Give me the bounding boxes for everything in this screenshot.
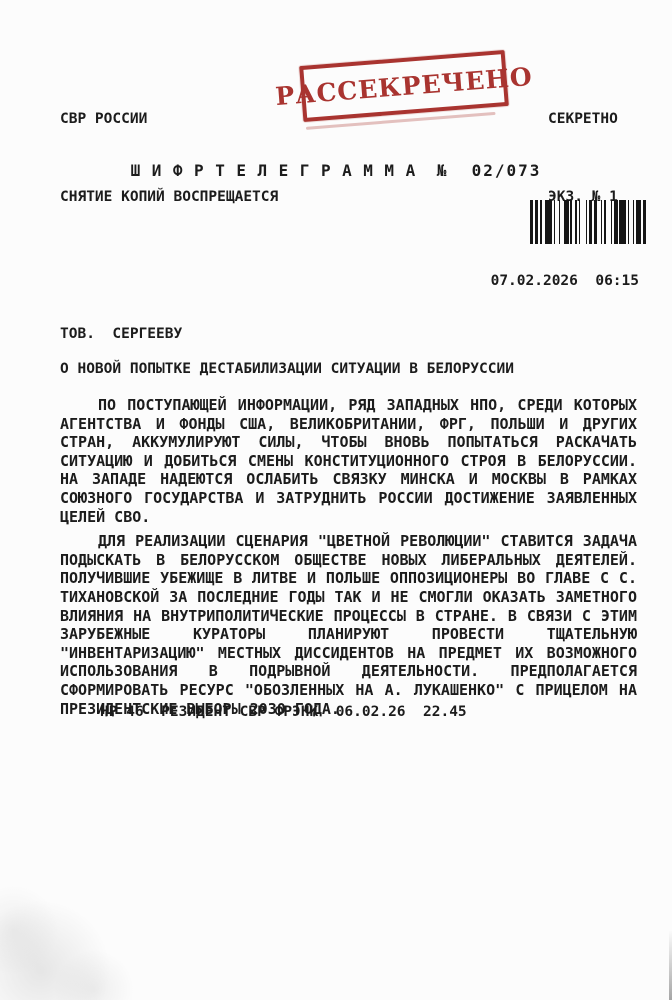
barcode-bar	[619, 200, 626, 244]
subject-line: О НОВОЙ ПОПЫТКЕ ДЕСТАБИЛИЗАЦИИ СИТУАЦИИ …	[60, 361, 514, 377]
body-paragraph-2: ДЛЯ РЕАЛИЗАЦИИ СЦЕНАРИЯ "ЦВЕТНОЙ РЕВОЛЮЦ…	[60, 532, 637, 718]
agency-name: СВР РОССИИ	[60, 106, 278, 132]
document-title: ШИФРТЕЛЕГРАММА№ 02/073	[0, 160, 672, 182]
classification-label: СЕКРЕТНО	[548, 106, 618, 132]
addressee-line: ТОВ. СЕРГЕЕВУ	[60, 326, 182, 342]
barcode-bar	[545, 200, 552, 244]
barcode-bar	[643, 200, 646, 244]
declassified-stamp: РАССЕКРЕЧЕНО	[299, 50, 509, 122]
document-title-number: № 02/073	[437, 161, 542, 180]
telegram-body: ПО ПОСТУПАЮЩЕЙ ИНФОРМАЦИИ, РЯД ЗАПАДНЫХ …	[60, 396, 637, 724]
received-datetime: 07.02.2026 06:15	[491, 273, 639, 289]
telegram-document-page: СВР РОССИИ СНЯТИЕ КОПИЙ ВОСПРЕЩАЕТСЯ СЕК…	[0, 0, 672, 1000]
body-paragraph-1: ПО ПОСТУПАЮЩЕЙ ИНФОРМАЦИИ, РЯД ЗАПАДНЫХ …	[60, 396, 637, 526]
header-left-block: СВР РОССИИ СНЯТИЕ КОПИЙ ВОСПРЕЩАЕТСЯ	[60, 54, 278, 262]
barcode-icon	[530, 200, 646, 244]
signature-line: НР 46 РЕЗИДЕНТ СВР ФРЭНК 06.02.26 22.45	[60, 704, 467, 720]
document-title-word: ШИФРТЕЛЕГРАММА	[131, 161, 427, 180]
declassified-stamp-label: РАССЕКРЕЧЕНО	[274, 61, 533, 110]
copy-restriction-notice: СНЯТИЕ КОПИЙ ВОСПРЕЩАЕТСЯ	[60, 184, 278, 210]
